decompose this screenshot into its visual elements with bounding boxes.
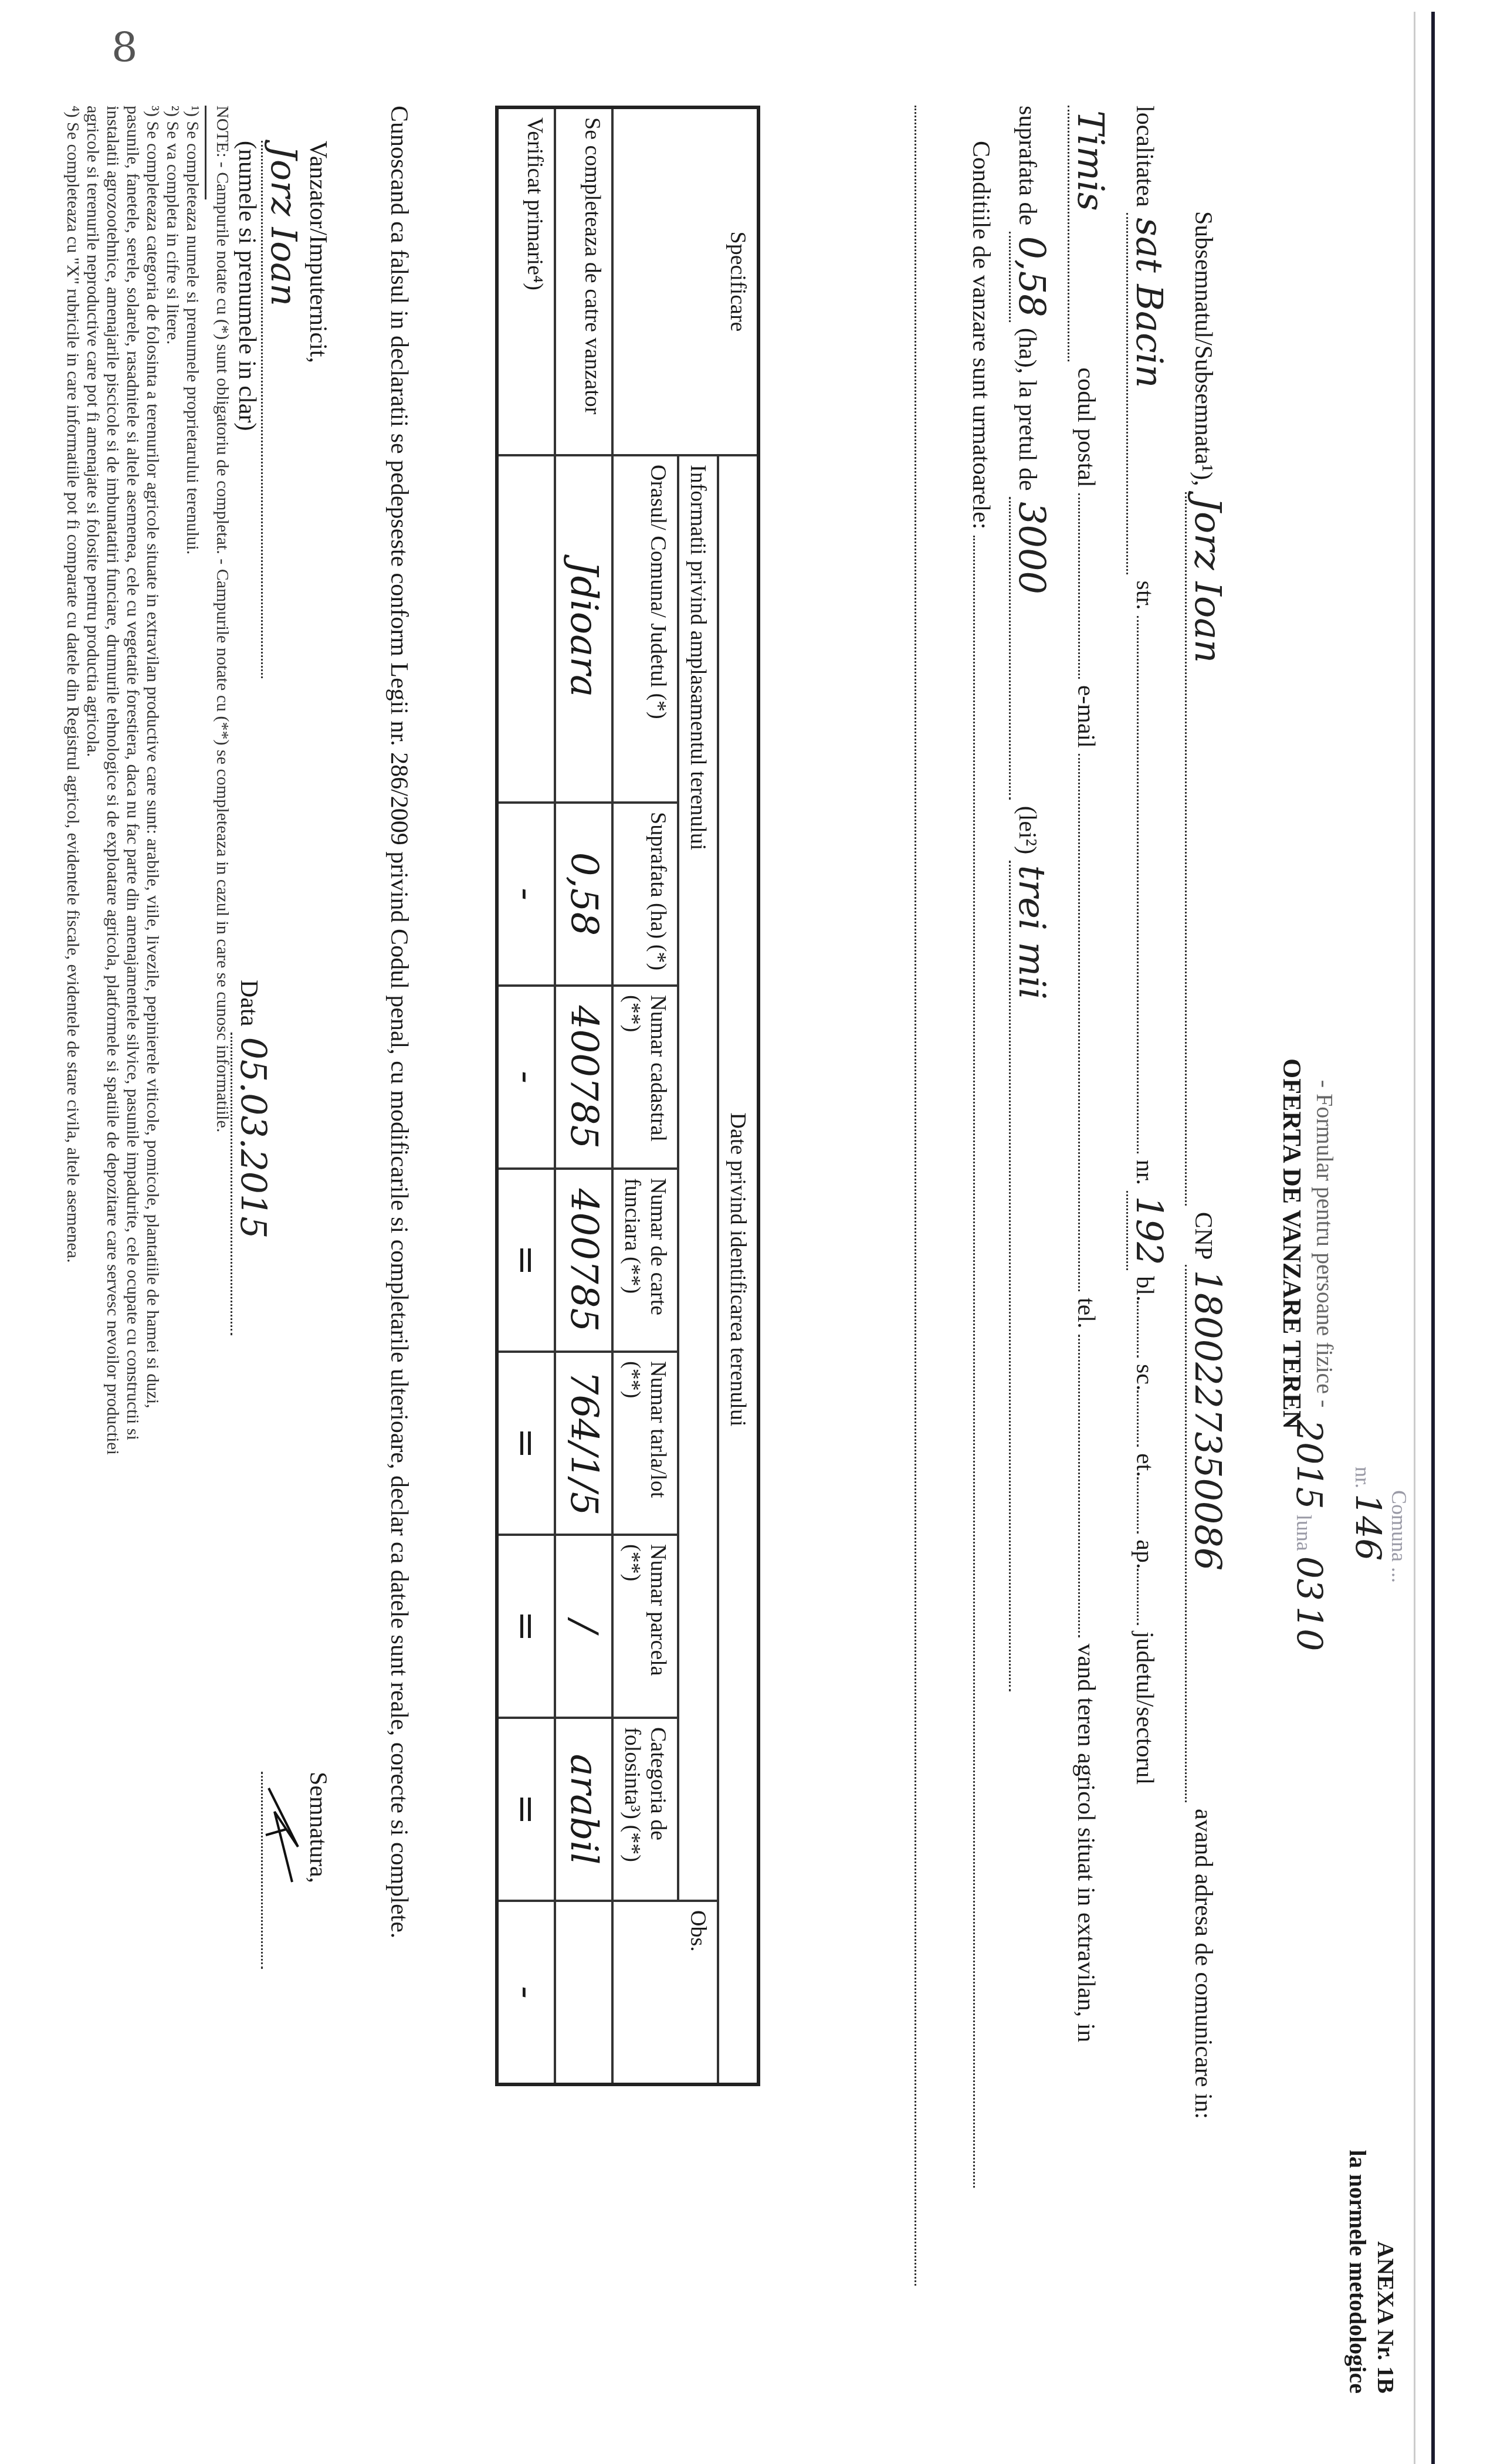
str-field[interactable] bbox=[1137, 616, 1139, 1153]
cell-obs[interactable]: - bbox=[497, 1901, 555, 2084]
col-nr-carte-funciara: Numar de carte funciara (**) bbox=[612, 1169, 678, 1352]
col-nr-parcela: Numar parcela (**) bbox=[612, 1535, 678, 1718]
form-line-conditions: Conditiile de vanzare sunt urmatoarele: bbox=[967, 106, 995, 2188]
judetul-field[interactable]: Timis bbox=[1069, 110, 1112, 211]
footnote: agricole si terenurile neproductive care… bbox=[83, 106, 103, 1455]
localitatea-label: localitatea bbox=[1131, 106, 1158, 207]
form-title-line1: - Formular pentru persoane fizice - bbox=[1308, 1009, 1341, 1478]
form-title-line2: OFERTA DE VANZARE TEREN bbox=[1275, 1009, 1308, 1478]
subsemnatul-label: Subsemnatul/Subsemnata¹), bbox=[1190, 211, 1217, 486]
date-block: Data 05.03.2015 bbox=[231, 980, 273, 1335]
col-nr-tarla: Numar tarla/lot (**) bbox=[612, 1352, 678, 1535]
footnote: ²) Se va completa in cifre si litere. bbox=[162, 106, 182, 1455]
footnote: ⁴) Se completeaza cu "X" rubricile in ca… bbox=[63, 106, 83, 1455]
notes-section: NOTE: - Campurile notate cu (*) sunt obl… bbox=[63, 106, 232, 1455]
sc-field[interactable] bbox=[1137, 1390, 1139, 1447]
judetul-label: judetul/sectorul bbox=[1131, 1632, 1158, 1785]
cell-suprafata[interactable]: - bbox=[497, 803, 555, 986]
scan-edge bbox=[1431, 12, 1435, 2464]
col-obs: Obs. bbox=[612, 1901, 718, 2084]
cod-postal-field[interactable] bbox=[1078, 493, 1080, 679]
registration-day: 10 bbox=[1288, 1606, 1329, 1651]
col-suprafata: Suprafata (ha) (*) bbox=[612, 803, 678, 986]
cell-obs[interactable] bbox=[555, 1901, 612, 2084]
name-hint: (numele si prenumele in clar) bbox=[233, 141, 261, 678]
cnp-field[interactable]: 1800227350086 bbox=[1187, 1270, 1230, 1571]
signature-scribble-icon bbox=[263, 1776, 304, 1894]
footnote: ³) Se completeaza categoria de folosinta… bbox=[143, 106, 162, 1455]
tel-field[interactable] bbox=[1078, 1335, 1080, 1637]
table-row: Verificat primarie⁴) - - = = = = - bbox=[497, 107, 555, 2084]
suprafata-field[interactable]: 0,58 bbox=[1011, 236, 1054, 317]
cell-nr-parcela[interactable]: / bbox=[555, 1535, 612, 1718]
notes-heading: NOTE: - Campurile notate cu (*) sunt obl… bbox=[212, 106, 232, 1455]
subsemnatul-field[interactable]: Jorz Ioan bbox=[1187, 497, 1230, 663]
cell-nr-cadastral[interactable]: - bbox=[497, 986, 555, 1169]
registration-month: 03 bbox=[1288, 1556, 1329, 1601]
ap-label: ap. bbox=[1131, 1539, 1158, 1569]
table-row: Se completeaza de catre vanzator Jdioara… bbox=[555, 107, 612, 2084]
location-header: Informatii privind amplasamentul terenul… bbox=[678, 455, 718, 1901]
form-line-address: localitatea sat Bacin str. nr. 192 bl. s… bbox=[1126, 106, 1171, 1785]
row-label: Se completeaza de catre vanzator bbox=[555, 107, 612, 455]
stamp-nr-label: nr. bbox=[1351, 1467, 1374, 1488]
pret-label: (ha), la pretul de bbox=[1014, 328, 1041, 491]
pret-litere-field[interactable]: trei mii bbox=[1011, 865, 1054, 1000]
cell-nr-parcela[interactable]: = bbox=[497, 1535, 555, 1718]
bl-field[interactable] bbox=[1137, 1301, 1139, 1358]
footnote: instalatii agrozootehnice, amenajarile p… bbox=[103, 106, 123, 1455]
cell-localitate[interactable] bbox=[497, 455, 555, 803]
cell-categoria[interactable]: arabil bbox=[555, 1718, 612, 1901]
semnatura-label: Semnatura, bbox=[304, 1772, 332, 1969]
vanzator-label: Vanzator/Imputernicit, bbox=[304, 141, 332, 678]
form-page: ANEXA Nr. 1B la normele metodologice Com… bbox=[133, 70, 1423, 2417]
pret-field[interactable]: 3000 bbox=[1011, 502, 1054, 594]
corner-mark: 8 bbox=[111, 23, 138, 72]
footnote: ¹) Se completeaza numele si prenumele pr… bbox=[182, 106, 202, 1455]
signature-block: Semnatura, bbox=[256, 1772, 332, 1969]
registration-number: 146 bbox=[1347, 1494, 1388, 1561]
suprafata-label: suprafata de bbox=[1014, 106, 1041, 225]
land-identification-table: Specificare Date privind identificarea t… bbox=[495, 106, 760, 2086]
declaration-text: Cunoscand ca falsul in declaratii se ped… bbox=[384, 106, 414, 2042]
email-label: e-mail bbox=[1072, 685, 1099, 748]
col-nr-cadastral: Numar cadastral (**) bbox=[612, 986, 678, 1169]
cell-nr-tarla[interactable]: = bbox=[497, 1352, 555, 1535]
form-line-conditions-2 bbox=[908, 106, 936, 2286]
conditii-field[interactable] bbox=[973, 536, 975, 2188]
notes-divider bbox=[205, 106, 206, 199]
ap-field[interactable] bbox=[1137, 1569, 1139, 1625]
vand-label: vand teren agricol situat in extravilan,… bbox=[1072, 1643, 1099, 2042]
cod-postal-label: codul postal bbox=[1072, 368, 1099, 488]
conditii-field-2[interactable] bbox=[915, 106, 916, 2286]
cell-nr-carte-funciara[interactable]: 400785 bbox=[555, 1169, 612, 1352]
localitatea-field[interactable]: sat Bacin bbox=[1128, 218, 1171, 388]
row-label: Verificat primarie⁴) bbox=[497, 107, 555, 455]
form-title: - Formular pentru persoane fizice - OFER… bbox=[1275, 1009, 1341, 1478]
email-field[interactable] bbox=[1078, 754, 1080, 1291]
data-field[interactable]: 05.03.2015 bbox=[232, 1037, 273, 1239]
seller-block: Vanzator/Imputernicit, Jorz Ioan (numele… bbox=[233, 141, 332, 678]
tel-label: tel. bbox=[1072, 1298, 1099, 1328]
col-categoria: Categoria de folosinta³) (**) bbox=[612, 1718, 678, 1901]
registration-stamp: Comuna ... nr. 146 2015 luna 03 10 bbox=[1259, 1420, 1411, 1948]
annex-subtitle: la normele metodologice bbox=[1343, 2150, 1371, 2394]
lei-label: (lei²) bbox=[1014, 806, 1041, 855]
et-field[interactable] bbox=[1137, 1477, 1139, 1534]
annex-header: ANEXA Nr. 1B la normele metodologice bbox=[1343, 2150, 1400, 2394]
conditii-label: Conditiile de vanzare sunt urmatoarele: bbox=[967, 141, 994, 529]
cell-localitate[interactable]: Jdioara bbox=[555, 455, 612, 803]
footnote: pasunile, fanetele, serele, solarele, ra… bbox=[123, 106, 143, 1455]
nr-field[interactable]: 192 bbox=[1128, 1196, 1171, 1265]
nr-label: nr. bbox=[1131, 1160, 1158, 1185]
cell-suprafata[interactable]: 0,58 bbox=[555, 803, 612, 986]
cell-categoria[interactable]: = bbox=[497, 1718, 555, 1901]
col-specificare: Specificare bbox=[612, 107, 758, 455]
stamp-label: Comuna ... bbox=[1387, 1490, 1411, 1583]
signature-field[interactable] bbox=[261, 1772, 304, 1969]
col-localitate: Orasul/ Comuna/ Judetul (*) bbox=[612, 455, 678, 803]
form-line-contact: Timis codul postal e-mail tel. vand tere… bbox=[1068, 106, 1112, 2042]
form-line-price: suprafata de 0,58 (ha), la pretul de 300… bbox=[1009, 106, 1054, 1691]
cnp-label: CNP bbox=[1190, 1212, 1217, 1259]
cell-nr-carte-funciara[interactable]: = bbox=[497, 1169, 555, 1352]
bl-label: bl. bbox=[1131, 1276, 1158, 1301]
annex-title: ANEXA Nr. 1B bbox=[1371, 2150, 1400, 2394]
sc-label: sc. bbox=[1131, 1364, 1158, 1391]
data-label: Data bbox=[235, 980, 262, 1026]
vanzator-name-field[interactable]: Jorz Ioan bbox=[263, 145, 304, 306]
et-label: et. bbox=[1131, 1453, 1158, 1477]
cell-nr-tarla[interactable]: 764/1/5 bbox=[555, 1352, 612, 1535]
address-label: avand adresa de comunicare in: bbox=[1190, 1809, 1217, 2119]
form-line-name: Subsemnatul/Subsemnata¹), Jorz Ioan CNP … bbox=[1185, 106, 1230, 2119]
str-label: str. bbox=[1131, 581, 1158, 610]
stamp-month-label: luna bbox=[1292, 1515, 1316, 1551]
cell-nr-cadastral[interactable]: 400785 bbox=[555, 986, 612, 1169]
table-group-header: Date privind identificarea terenului bbox=[718, 455, 758, 2084]
